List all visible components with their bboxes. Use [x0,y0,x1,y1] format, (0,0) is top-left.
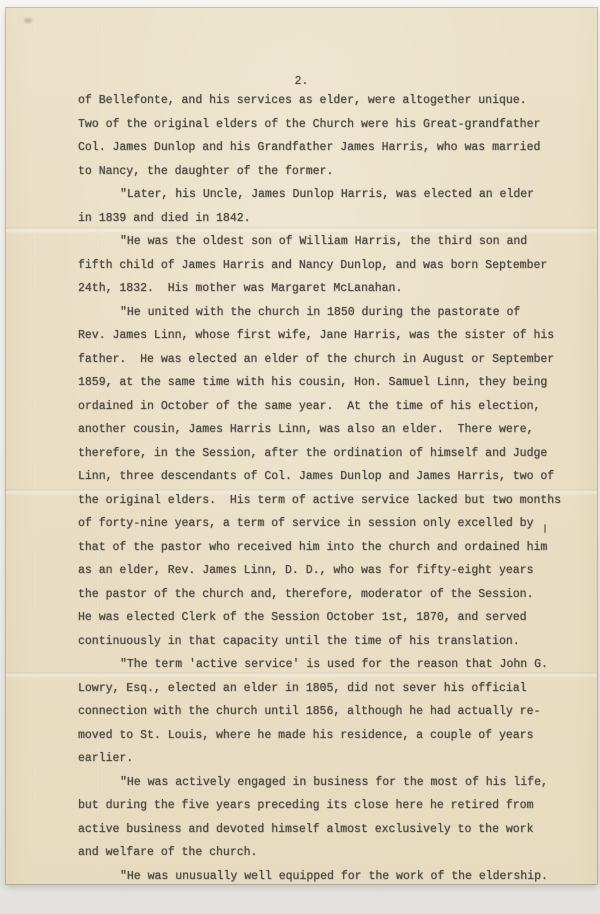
photo-backdrop: 2. of Bellefonte, and his services as el… [0,0,600,914]
typed-line: father. He was elected an elder of the c… [78,348,564,372]
typed-line: Col. James Dunlop and his Grandfather Ja… [78,136,564,160]
typed-line: Linn, three descendants of Col. James Du… [78,465,564,489]
paragraph: "He was actively engaged in business for… [78,771,564,865]
typed-line: the pastor of the church and, therefore,… [78,583,564,607]
paragraph: "Later, his Uncle, James Dunlop Harris, … [78,183,564,230]
typed-line: earlier. [78,747,564,771]
typed-line: ordained in October of the same year. At… [78,395,564,419]
typed-line: the original elders. His term of active … [78,489,564,513]
typed-line: therefore, in the Session, after the ord… [78,442,564,466]
typed-line: as an elder, Rev. James Linn, D. D., who… [78,559,564,583]
document-page: 2. of Bellefonte, and his services as el… [6,8,597,884]
typed-line: continuously in that capacity until the … [78,630,564,654]
typed-line: 1859, at the same time with his cousin, … [78,371,564,395]
typed-line: "He was the oldest son of William Harris… [78,230,564,254]
typed-line: "Later, his Uncle, James Dunlop Harris, … [78,183,564,207]
page-number: 2. [6,75,597,88]
ink-smudge [24,18,32,23]
paragraph: "He united with the church in 1850 durin… [78,301,564,654]
typed-line: "He united with the church in 1850 durin… [78,301,564,325]
typed-line: connection with the church until 1856, a… [78,700,564,724]
vertical-crease-left [33,8,36,884]
typed-line: to Nancy, the daughter of the former. [78,160,564,184]
paragraph: "The term 'active service' is used for t… [78,653,564,771]
typed-line: and welfare of the church. [78,841,564,865]
typed-line: 24th, 1832. His mother was Margaret McLa… [78,277,564,301]
typed-line: active business and devoted himself almo… [78,818,564,842]
typed-text: of Bellefonte, and his services as elder… [78,89,564,884]
typed-line: of forty-nine years, a term of service i… [78,512,564,536]
paragraph: "He was the oldest son of William Harris… [78,230,564,301]
typed-line: "He was actively engaged in business for… [78,771,564,795]
typed-line: Rev. James Linn, whose first wife, Jane … [78,324,564,348]
typed-line: in 1839 and died in 1842. [78,207,564,231]
typed-line: another cousin, James Harris Linn, was a… [78,418,564,442]
paragraph: of Bellefonte, and his services as elder… [78,89,564,183]
typed-line: fifth child of James Harris and Nancy Du… [78,254,564,278]
typed-line: of Bellefonte, and his services as elder… [78,89,564,113]
typed-line: "He was unusually well equipped for the … [78,865,564,885]
typed-line: He was elected Clerk of the Session Octo… [78,606,564,630]
typed-line: "The term 'active service' is used for t… [78,653,564,677]
typed-line: moved to St. Louis, where he made his re… [78,724,564,748]
typed-line: but during the five years preceding its … [78,794,564,818]
paragraph: "He was unusually well equipped for the … [78,865,564,885]
typed-line: that of the pastor who received him into… [78,536,564,560]
typed-line: Two of the original elders of the Church… [78,113,564,137]
typed-line: Lowry, Esq., elected an elder in 1805, d… [78,677,564,701]
